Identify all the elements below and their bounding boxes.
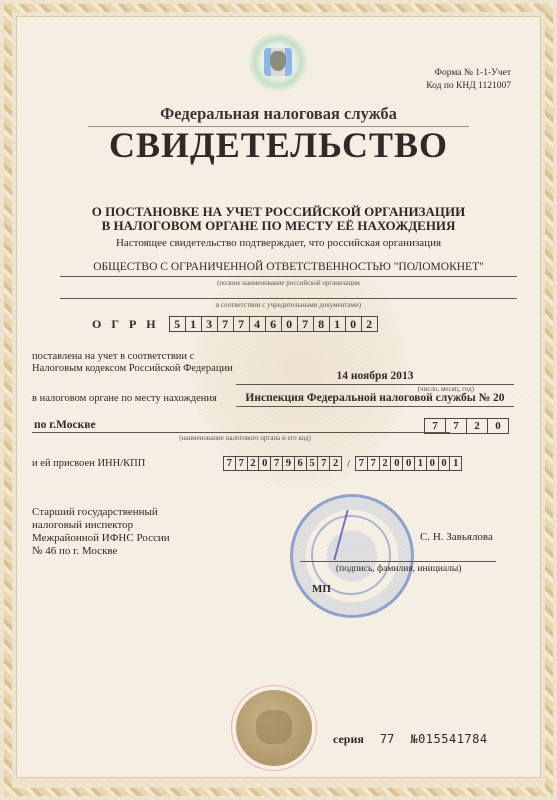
digit-cell: 4 <box>250 317 266 331</box>
authority-city: по г.Москве <box>34 419 96 431</box>
digit-cell: 6 <box>295 457 307 470</box>
authority-caption: (наименование налогового органа и его ко… <box>170 434 320 442</box>
stamp-label: МП <box>312 583 331 595</box>
signature-line <box>300 561 496 562</box>
digit-cell: 7 <box>318 457 330 470</box>
org-name-caption: (полное наименование российской организа… <box>60 279 517 287</box>
org-name-line <box>60 276 517 277</box>
document-subtitle: О ПОСТАНОВКЕ НА УЧЕТ РОССИЙСКОЙ ОРГАНИЗА… <box>0 205 557 233</box>
digit-cell: 7 <box>236 457 248 470</box>
digit-cell: 2 <box>380 457 392 470</box>
document-title: СВИДЕТЕЛЬСТВО <box>0 124 557 166</box>
digit-cell: 0 <box>391 457 403 470</box>
digit-cell: 1 <box>450 457 461 470</box>
inn-kpp-field: 7720796572 / 772001001 <box>223 456 462 471</box>
authority-line <box>236 406 514 407</box>
digit-cell: 1 <box>186 317 202 331</box>
digit-cell: 2 <box>330 457 341 470</box>
digit-cell: 0 <box>346 317 362 331</box>
signer-position: Старший государственный налоговый инспек… <box>32 506 170 558</box>
series-label: серия <box>333 732 364 747</box>
knd-code: Код по КНД 1121007 <box>426 80 511 93</box>
digit-cell: 7 <box>271 457 283 470</box>
form-info: Форма № 1-1-Учет Код по КНД 1121007 <box>426 67 511 93</box>
signature-caption: (подпись, фамилия, инициалы) <box>336 564 461 574</box>
digit-cell: 1 <box>330 317 346 331</box>
registration-date: 14 ноября 2013 <box>240 370 510 382</box>
digit-cell: 7 <box>368 457 380 470</box>
digit-cell: 0 <box>259 457 271 470</box>
digit-cell: 8 <box>314 317 330 331</box>
authority-name: Инспекция Федеральной налоговой службы №… <box>236 392 514 404</box>
document-number: №015541784 <box>410 732 487 746</box>
intro-text: Настоящее свидетельство подтверждает, чт… <box>0 237 557 249</box>
inn-kpp-separator: / <box>347 458 350 470</box>
digit-cell: 9 <box>283 457 295 470</box>
digit-cell: 1 <box>415 457 427 470</box>
inn-digits: 7720796572 <box>223 456 342 471</box>
signer-name: С. Н. Завьялова <box>420 531 493 543</box>
agency-name: Федеральная налоговая служба <box>0 104 557 124</box>
digit-cell: 7 <box>224 457 236 470</box>
registration-text: поставлена на учет в соответствии с Нало… <box>32 351 233 375</box>
digit-cell: 7 <box>298 317 314 331</box>
digit-cell: 7 <box>425 419 446 433</box>
digit-cell: 3 <box>202 317 218 331</box>
digit-cell: 6 <box>266 317 282 331</box>
hologram-emblem-icon <box>248 32 308 92</box>
digit-cell: 2 <box>248 457 260 470</box>
city-line <box>32 432 450 433</box>
org-name-caption-2: в соответствии с учредительными документ… <box>60 301 517 309</box>
digit-cell: 2 <box>467 419 488 433</box>
organization-name: ОБЩЕСТВО С ОГРАНИЧЕННОЙ ОТВЕТСТВЕННОСТЬЮ… <box>60 261 517 273</box>
authority-code-field: 7720 <box>424 418 509 434</box>
inn-kpp-label: и ей присвоен ИНН/КПП <box>32 458 145 470</box>
gold-seal-icon <box>236 690 312 766</box>
series-code: 77 <box>380 732 394 746</box>
digit-cell: 0 <box>282 317 298 331</box>
digit-cell: 7 <box>234 317 250 331</box>
authority-label: в налоговом органе по месту нахождения <box>32 393 217 405</box>
certificate-page: Форма № 1-1-Учет Код по КНД 1121007 Феде… <box>0 0 557 800</box>
kpp-digits: 772001001 <box>355 456 462 471</box>
digit-cell: 0 <box>403 457 415 470</box>
digit-cell: 5 <box>307 457 319 470</box>
form-number: Форма № 1-1-Учет <box>426 67 511 80</box>
org-name-line-2 <box>60 298 517 299</box>
ogrn-label: ОГРН <box>92 317 166 332</box>
digit-cell: 7 <box>446 419 467 433</box>
digit-cell: 7 <box>218 317 234 331</box>
digit-cell: 5 <box>170 317 186 331</box>
digit-cell: 0 <box>439 457 451 470</box>
digit-cell: 0 <box>427 457 439 470</box>
authority-code-digits: 7720 <box>424 418 509 434</box>
digit-cell: 0 <box>488 419 508 433</box>
digit-cell: 7 <box>356 457 368 470</box>
ogrn-digits: 5137746078102 <box>169 316 378 332</box>
digit-cell: 2 <box>362 317 377 331</box>
series-number: серия 77 №015541784 <box>333 732 488 747</box>
ogrn-field: ОГРН 5137746078102 <box>92 316 378 332</box>
